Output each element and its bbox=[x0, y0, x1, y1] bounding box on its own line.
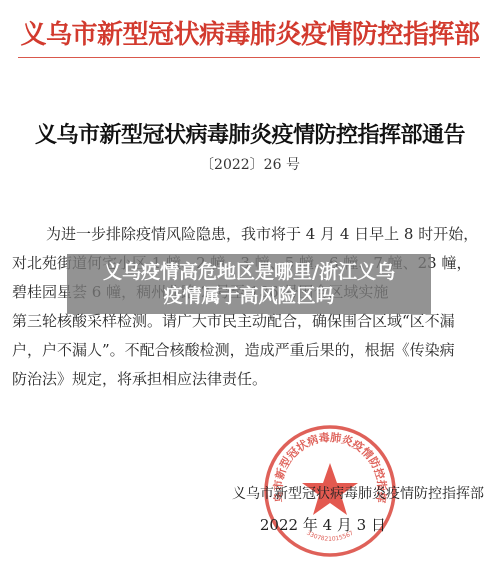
overlay-headline-line2: 疫情属于高风险区吗 bbox=[163, 284, 334, 308]
overlay-headline-line1: 义乌疫情高危地区是哪里/浙江义乌 bbox=[103, 260, 395, 284]
signature-date: 2022 年 4 月 3 日 bbox=[0, 514, 386, 535]
body-line: 户，户不漏人”。不配合核酸检测，造成严重后果的，根据《传染病 bbox=[12, 336, 488, 365]
document-number: 〔2022〕26 号 bbox=[0, 154, 500, 174]
body-line: 为进一步排除疫情风险隐患，我市将于 4 月 4 日早上 8 时开始， bbox=[12, 220, 488, 249]
headline-overlay-banner: 义乌疫情高危地区是哪里/浙江义乌 疫情属于高风险区吗 bbox=[67, 254, 431, 314]
red-letterhead-title: 义乌市新型冠状病毒肺炎疫情防控指挥部 bbox=[0, 14, 500, 51]
notice-title: 义乌市新型冠状病毒肺炎疫情防控指挥部通告 bbox=[0, 118, 500, 149]
letterhead-divider bbox=[18, 57, 480, 58]
body-line: 防治法》规定，将承担相应法律责任。 bbox=[12, 365, 488, 394]
signature-organization: 义乌市新型冠状病毒肺炎疫情防控指挥部 bbox=[0, 483, 484, 503]
